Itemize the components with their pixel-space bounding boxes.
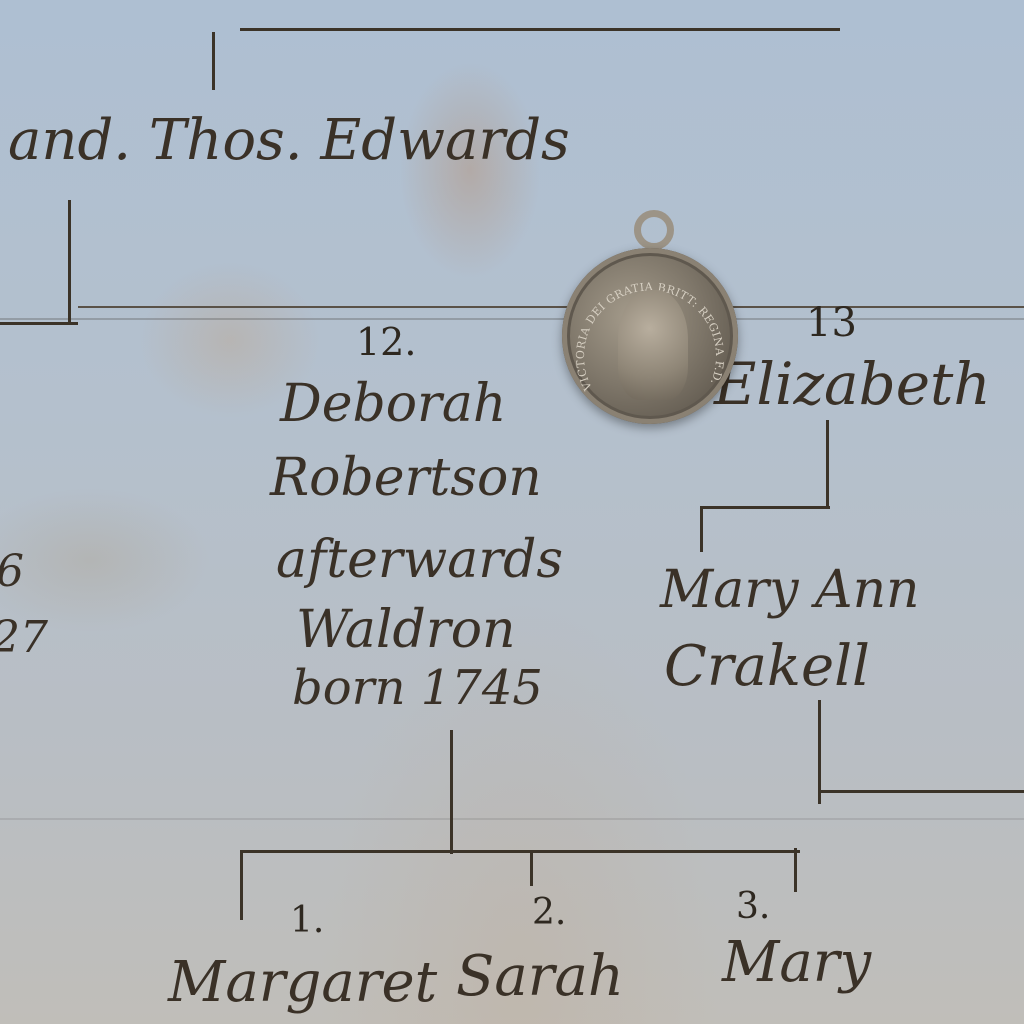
paper-fold [0,318,1024,320]
tree-line [0,322,78,325]
left-fragment: 27 [0,612,48,663]
tree-line [240,28,840,31]
entry-line: Waldron [296,600,516,660]
tree-line [450,730,453,854]
tree-line [700,506,830,509]
entry-line: Crakell [664,634,870,699]
entry-elizabeth: Elizabeth [714,350,991,418]
tree-line [530,852,533,886]
child-number: 1. [290,900,324,941]
tree-line [240,850,800,853]
tree-line [78,306,1024,308]
coin-loop [634,210,674,250]
child-number: 2. [532,892,566,933]
entry-line: afterwards [276,530,563,590]
entry-number: 13 [806,300,857,346]
entry-line: Mary Ann [660,560,920,620]
tree-line [826,420,829,508]
child-margaret: Margaret [168,950,437,1015]
tree-line [240,852,243,920]
queen-portrait-icon [618,290,688,400]
entry-line: Robertson [270,448,542,508]
left-fragment: 6 [0,546,24,597]
child-mary: Mary [722,930,871,995]
victoria-coin: VICTORIA DEI GRATIA BRITT: REGINA F.D. [562,248,738,424]
entry-line: born 1745 [292,660,543,716]
entry-line: Deborah [280,374,506,434]
tree-line [818,790,1024,793]
tree-line [700,506,703,552]
tree-line [212,32,215,90]
child-sarah: Sarah [456,944,624,1009]
child-number: 3. [736,886,770,927]
entry-number: 12. [356,320,416,364]
top-entry-text: and. Thos. Edwards [8,108,570,173]
tree-line [794,848,797,892]
tree-line [68,200,71,324]
paper-fold [0,818,1024,820]
tree-line [818,700,821,804]
